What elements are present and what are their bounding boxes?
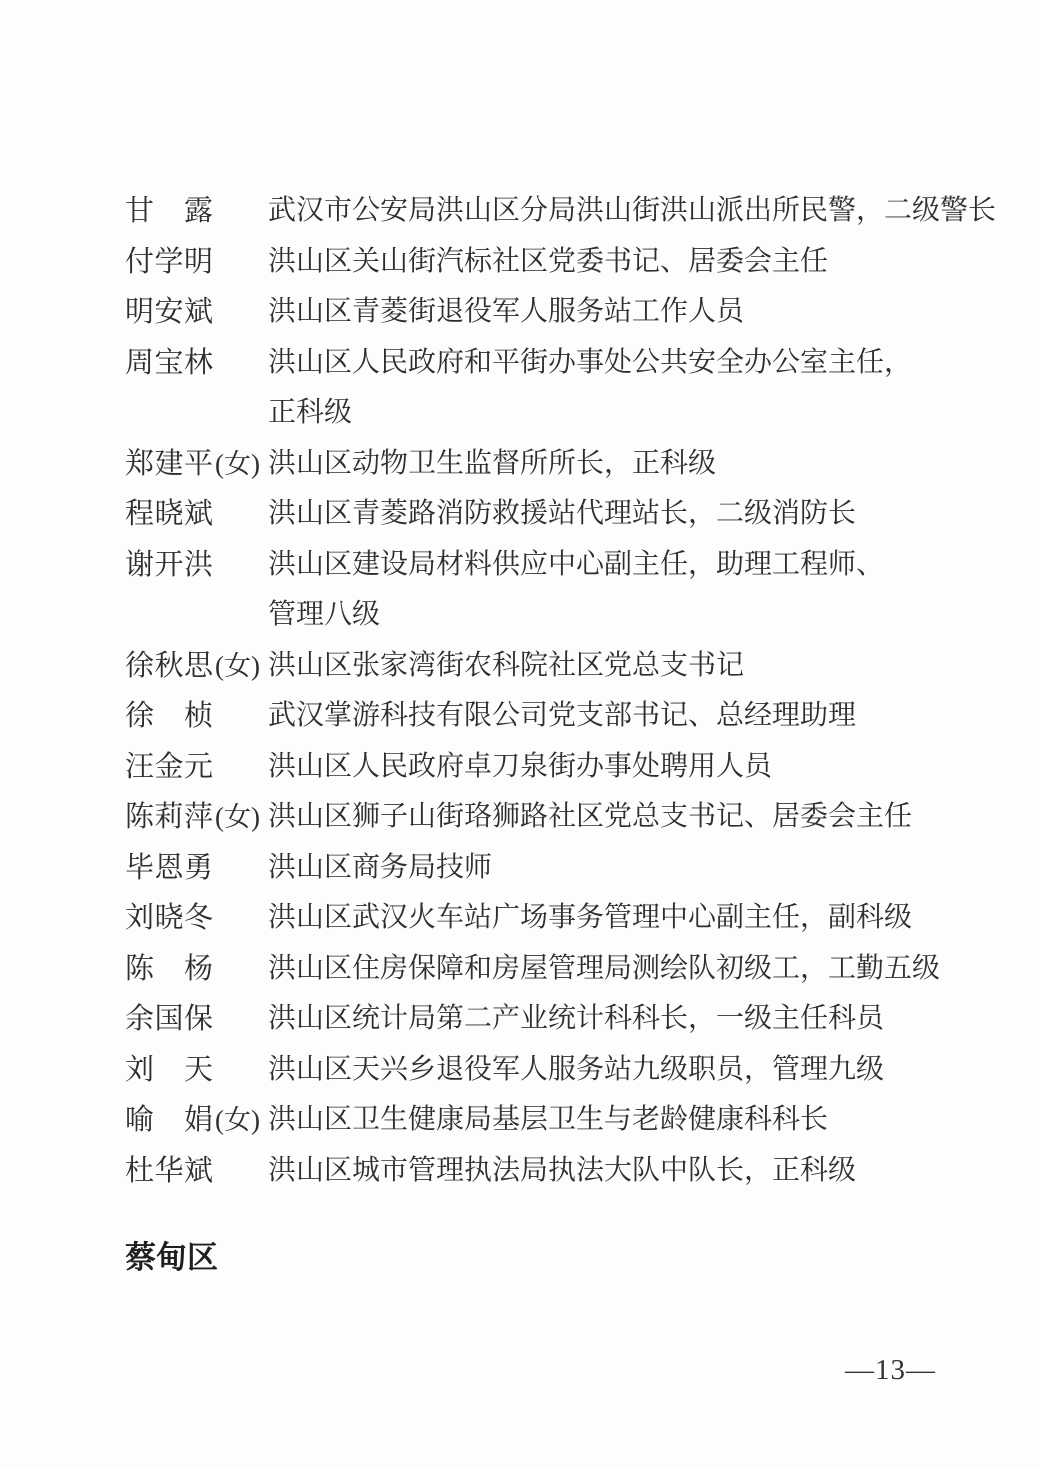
entry-gender-label: (女)	[215, 792, 268, 843]
entry-description-line1: 洪山区青菱街退役军人服务站工作人员	[268, 287, 1000, 338]
entry-row: 刘晓冬 洪山区武汉火车站广场事务管理中心副主任，副科级	[125, 893, 1000, 944]
entry-description: 洪山区天兴乡退役军人服务站九级职员，管理九级	[268, 1045, 1000, 1096]
section-heading: 蔡甸区	[125, 1238, 218, 1278]
entry-description: 洪山区商务局技师	[268, 843, 1000, 894]
entry-description-line2: 管理八级	[268, 590, 1000, 641]
entry-description: 洪山区统计局第二产业统计科科长，一级主任科员	[268, 994, 1000, 1045]
entry-description: 洪山区城市管理执法局执法大队中队长，正科级	[268, 1146, 1000, 1197]
entry-description: 武汉市公安局洪山区分局洪山街洪山派出所民警，二级警长	[268, 186, 1000, 237]
entry-description-line1: 洪山区天兴乡退役军人服务站九级职员，管理九级	[268, 1045, 1000, 1096]
entry-name: 毕恩勇	[125, 843, 215, 894]
entry-description-line2: 正科级	[268, 388, 1000, 439]
entry-description: 洪山区狮子山街珞狮路社区党总支书记、居委会主任	[268, 792, 1000, 843]
entry-name: 谢开洪	[125, 540, 215, 591]
entry-description-line1: 洪山区卫生健康局基层卫生与老龄健康科科长	[268, 1095, 1000, 1146]
entry-row: 甘 露 武汉市公安局洪山区分局洪山街洪山派出所民警，二级警长	[125, 186, 1000, 237]
entry-row: 毕恩勇 洪山区商务局技师	[125, 843, 1000, 894]
entry-name: 杜华斌	[125, 1146, 215, 1197]
entry-row: 徐 桢 武汉掌游科技有限公司党支部书记、总经理助理	[125, 691, 1000, 742]
document-page: 甘 露 武汉市公安局洪山区分局洪山街洪山派出所民警，二级警长 付学明 洪山区关山…	[0, 0, 1040, 1469]
entry-row: 刘 天 洪山区天兴乡退役军人服务站九级职员，管理九级	[125, 1045, 1000, 1096]
entry-description: 洪山区武汉火车站广场事务管理中心副主任，副科级	[268, 893, 1000, 944]
entry-description: 洪山区人民政府和平街办事处公共安全办公室主任， 正科级	[268, 338, 1000, 439]
entry-row: 付学明 洪山区关山街汽标社区党委书记、居委会主任	[125, 237, 1000, 288]
entry-row: 周宝林 洪山区人民政府和平街办事处公共安全办公室主任， 正科级	[125, 338, 1000, 439]
entry-name: 汪金元	[125, 742, 215, 793]
entry-description-line1: 洪山区青菱路消防救援站代理站长，二级消防长	[268, 489, 1000, 540]
entry-description: 洪山区住房保障和房屋管理局测绘队初级工，工勤五级	[268, 944, 1000, 995]
entry-row: 明安斌 洪山区青菱街退役军人服务站工作人员	[125, 287, 1000, 338]
entry-description-line1: 洪山区建设局材料供应中心副主任，助理工程师、	[268, 540, 1000, 591]
entry-description-line1: 洪山区武汉火车站广场事务管理中心副主任，副科级	[268, 893, 1000, 944]
entry-name: 陈 杨	[125, 944, 215, 995]
entry-row: 陈莉萍 (女) 洪山区狮子山街珞狮路社区党总支书记、居委会主任	[125, 792, 1000, 843]
entry-row: 谢开洪 洪山区建设局材料供应中心副主任，助理工程师、 管理八级	[125, 540, 1000, 641]
entry-name: 明安斌	[125, 287, 215, 338]
entry-row: 喻 娟 (女) 洪山区卫生健康局基层卫生与老龄健康科科长	[125, 1095, 1000, 1146]
entry-name: 喻 娟	[125, 1095, 215, 1146]
entry-name: 程晓斌	[125, 489, 215, 540]
entry-description: 洪山区关山街汽标社区党委书记、居委会主任	[268, 237, 1000, 288]
entry-row: 陈 杨 洪山区住房保障和房屋管理局测绘队初级工，工勤五级	[125, 944, 1000, 995]
entry-name: 周宝林	[125, 338, 215, 389]
entry-row: 余国保 洪山区统计局第二产业统计科科长，一级主任科员	[125, 994, 1000, 1045]
entry-gender-label: (女)	[215, 439, 268, 490]
entry-description-line1: 洪山区商务局技师	[268, 843, 1000, 894]
entry-name: 甘 露	[125, 186, 215, 237]
entry-gender-label: (女)	[215, 641, 268, 692]
entry-row: 徐秋思 (女) 洪山区张家湾街农科院社区党总支书记	[125, 641, 1000, 692]
entry-description-line1: 武汉市公安局洪山区分局洪山街洪山派出所民警，二级警长	[268, 186, 1000, 237]
entry-description: 洪山区张家湾街农科院社区党总支书记	[268, 641, 1000, 692]
entry-name: 刘晓冬	[125, 893, 215, 944]
entry-description-line1: 洪山区人民政府卓刀泉街办事处聘用人员	[268, 742, 1000, 793]
entry-description-line1: 武汉掌游科技有限公司党支部书记、总经理助理	[268, 691, 1000, 742]
entry-description-line1: 洪山区城市管理执法局执法大队中队长，正科级	[268, 1146, 1000, 1197]
entry-name: 徐 桢	[125, 691, 215, 742]
entry-description-line1: 洪山区人民政府和平街办事处公共安全办公室主任，	[268, 338, 1000, 389]
entry-name: 余国保	[125, 994, 215, 1045]
entry-gender-label: (女)	[215, 1095, 268, 1146]
entry-name: 徐秋思	[125, 641, 215, 692]
entry-row: 郑建平 (女) 洪山区动物卫生监督所所长，正科级	[125, 439, 1000, 490]
entry-description: 洪山区青菱路消防救援站代理站长，二级消防长	[268, 489, 1000, 540]
entry-description: 洪山区动物卫生监督所所长，正科级	[268, 439, 1000, 490]
entry-name: 郑建平	[125, 439, 215, 490]
entry-name: 刘 天	[125, 1045, 215, 1096]
entry-name: 付学明	[125, 237, 215, 288]
entry-description: 洪山区卫生健康局基层卫生与老龄健康科科长	[268, 1095, 1000, 1146]
entry-row: 杜华斌 洪山区城市管理执法局执法大队中队长，正科级	[125, 1146, 1000, 1197]
entry-description: 洪山区人民政府卓刀泉街办事处聘用人员	[268, 742, 1000, 793]
entry-description-line1: 洪山区动物卫生监督所所长，正科级	[268, 439, 1000, 490]
personnel-list: 甘 露 武汉市公安局洪山区分局洪山街洪山派出所民警，二级警长 付学明 洪山区关山…	[125, 186, 1000, 1196]
entry-description-line1: 洪山区狮子山街珞狮路社区党总支书记、居委会主任	[268, 792, 1000, 843]
entry-description-line1: 洪山区张家湾街农科院社区党总支书记	[268, 641, 1000, 692]
entry-name: 陈莉萍	[125, 792, 215, 843]
entry-description: 洪山区建设局材料供应中心副主任，助理工程师、 管理八级	[268, 540, 1000, 641]
entry-description: 武汉掌游科技有限公司党支部书记、总经理助理	[268, 691, 1000, 742]
entry-description: 洪山区青菱街退役军人服务站工作人员	[268, 287, 1000, 338]
entry-description-line1: 洪山区住房保障和房屋管理局测绘队初级工，工勤五级	[268, 944, 1000, 995]
entry-row: 汪金元 洪山区人民政府卓刀泉街办事处聘用人员	[125, 742, 1000, 793]
entry-description-line1: 洪山区关山街汽标社区党委书记、居委会主任	[268, 237, 1000, 288]
page-number: —13—	[845, 1352, 936, 1388]
entry-row: 程晓斌 洪山区青菱路消防救援站代理站长，二级消防长	[125, 489, 1000, 540]
entry-description-line1: 洪山区统计局第二产业统计科科长，一级主任科员	[268, 994, 1000, 1045]
